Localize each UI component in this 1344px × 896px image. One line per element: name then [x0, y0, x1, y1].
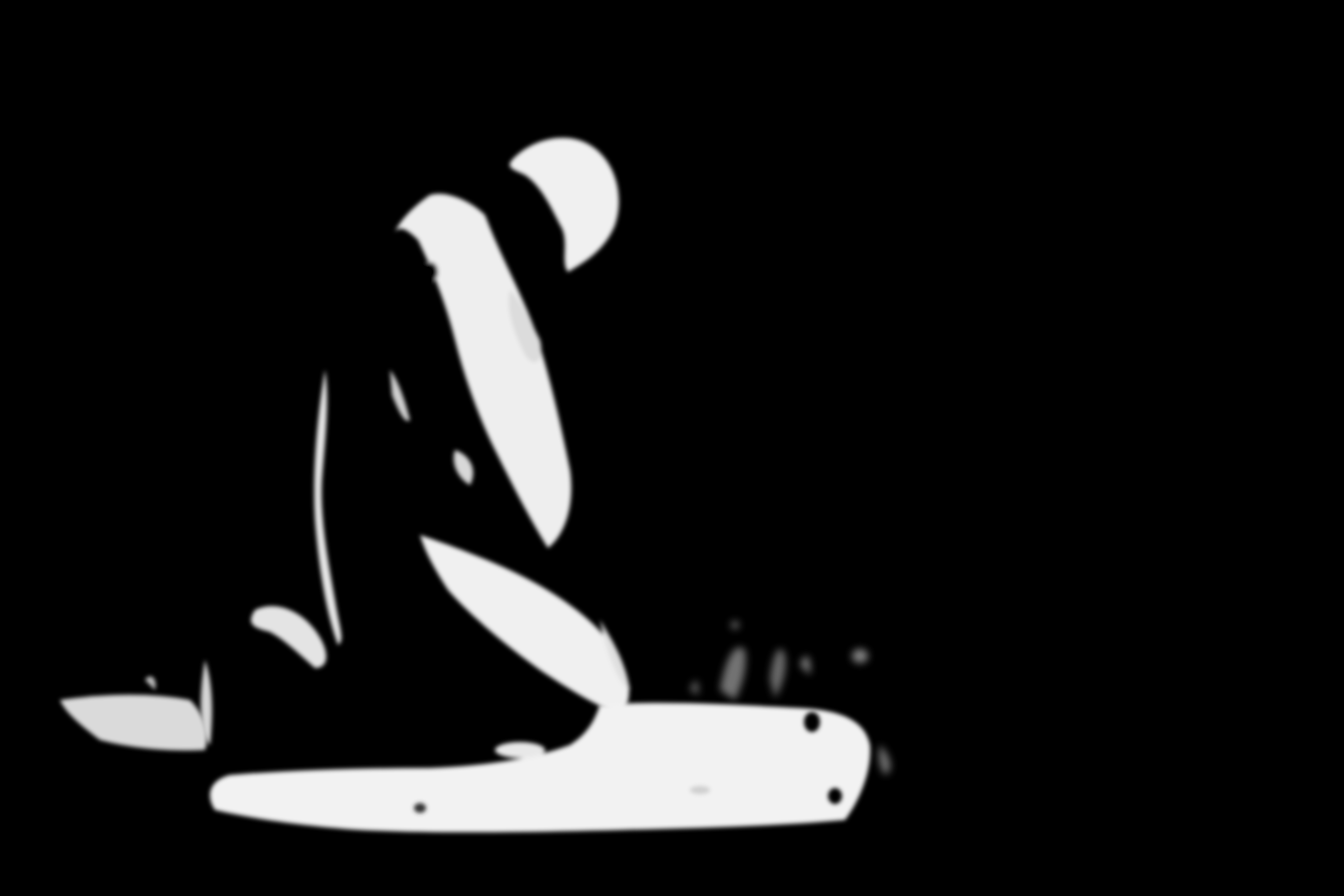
photo-scene: [0, 0, 1344, 896]
kneeling-figure-image: [0, 0, 1344, 896]
